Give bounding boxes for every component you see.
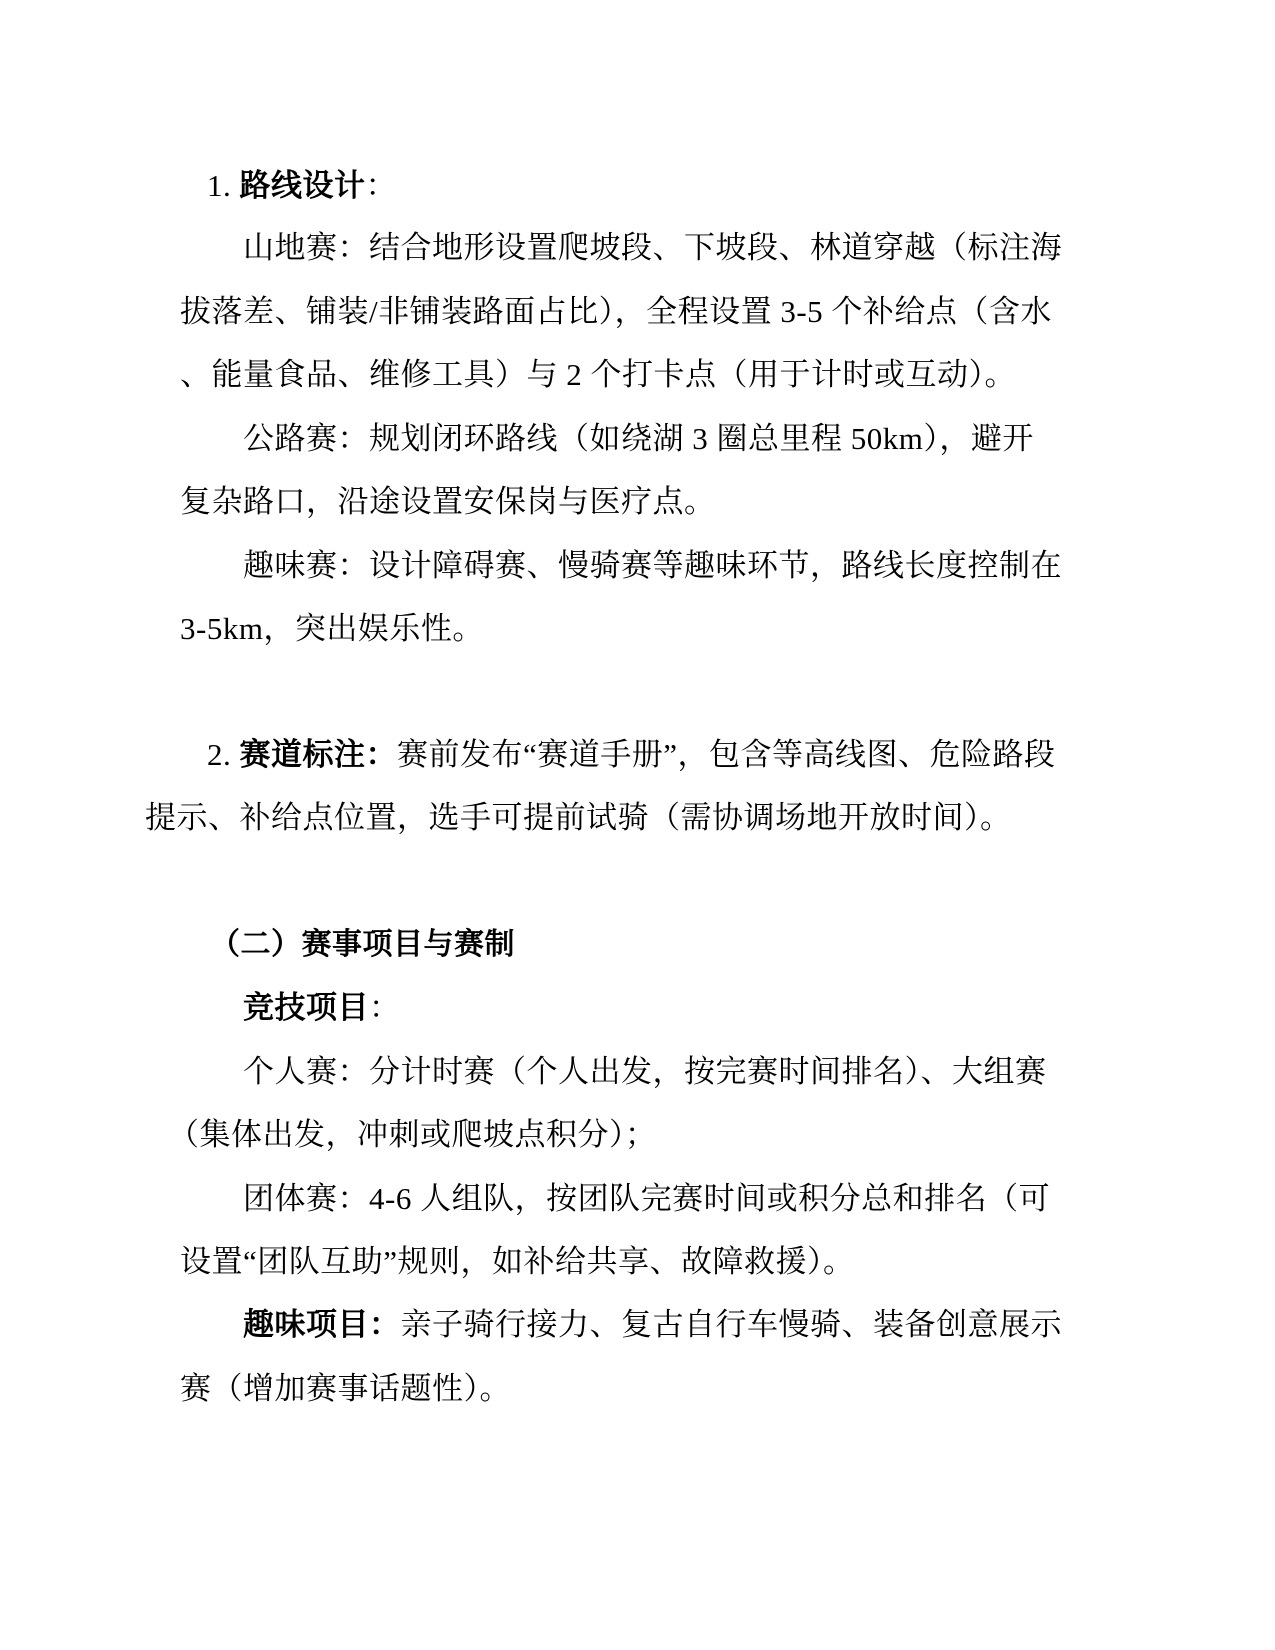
fun-events-line-2: 赛（增加赛事话题性）。 (180, 1369, 511, 1409)
section-1-title: 路线设计 (240, 168, 366, 204)
individual-race-line-1: 个人赛：分计时赛（个人出发，按完赛时间排名）、大组赛 (243, 1052, 1047, 1092)
fun-events-text: 亲子骑行接力、复古自行车慢骑、装备创意展示 (401, 1307, 1063, 1342)
fun-events-colon: ： (369, 1307, 401, 1343)
section-1-colon: ： (366, 168, 398, 203)
mountain-race-line-1: 山地赛：结合地形设置爬坡段、下坡段、林道穿越（标注海 (243, 228, 1062, 268)
competitive-title: 竞技项目 (243, 990, 369, 1026)
competitive-heading: 竞技项目： (243, 988, 401, 1028)
section-2-text: 赛前发布“赛道手册”，包含等高线图、危险路段 (397, 737, 1056, 772)
fun-race-line-2: 3-5km，突出娱乐性。 (180, 609, 484, 649)
individual-race-line-2: （集体出发，冲刺或爬坡点积分）； (168, 1115, 657, 1155)
section-1-number: 1. (207, 168, 240, 203)
section-2-colon: ： (366, 737, 398, 773)
section-2-line-2: 提示、补给点位置，选手可提前试骑（需协调场地开放时间）。 (145, 798, 1012, 838)
section-1-heading: 1. 路线设计： (207, 166, 397, 206)
section-2-line-1: 2. 赛道标注：赛前发布“赛道手册”，包含等高线图、危险路段 (207, 735, 1056, 775)
team-race-line-1: 团体赛：4-6 人组队，按团队完赛时间或积分总和排名（可 (243, 1179, 1050, 1219)
mountain-race-line-3: 、能量食品、维修工具）与 2 个打卡点（用于计时或互动）。 (180, 355, 1016, 395)
section-2-number: 2. (207, 737, 240, 772)
section-2-title: 赛道标注 (240, 737, 366, 773)
competitive-colon: ： (369, 990, 401, 1025)
road-race-line-2: 复杂路口，沿途设置安保岗与医疗点。 (180, 482, 716, 522)
fun-events-title: 趣味项目 (243, 1307, 369, 1343)
fun-events-line-1: 趣味项目：亲子骑行接力、复古自行车慢骑、装备创意展示 (243, 1305, 1062, 1345)
events-heading: （二）赛事项目与赛制 (210, 925, 515, 965)
document-page: 1. 路线设计： 山地赛：结合地形设置爬坡段、下坡段、林道穿越（标注海 拔落差、… (0, 0, 1275, 1650)
mountain-race-line-2: 拔落差、铺装/非铺装路面占比），全程设置 3-5 个补给点（含水 (180, 292, 1052, 332)
team-race-line-2: 设置“团队互助”规则，如补给共享、故障救援）。 (180, 1242, 855, 1282)
fun-race-line-1: 趣味赛：设计障碍赛、慢骑赛等趣味环节，路线长度控制在 (243, 546, 1062, 586)
road-race-line-1: 公路赛：规划闭环路线（如绕湖 3 圈总里程 50km），避开 (243, 419, 1034, 459)
